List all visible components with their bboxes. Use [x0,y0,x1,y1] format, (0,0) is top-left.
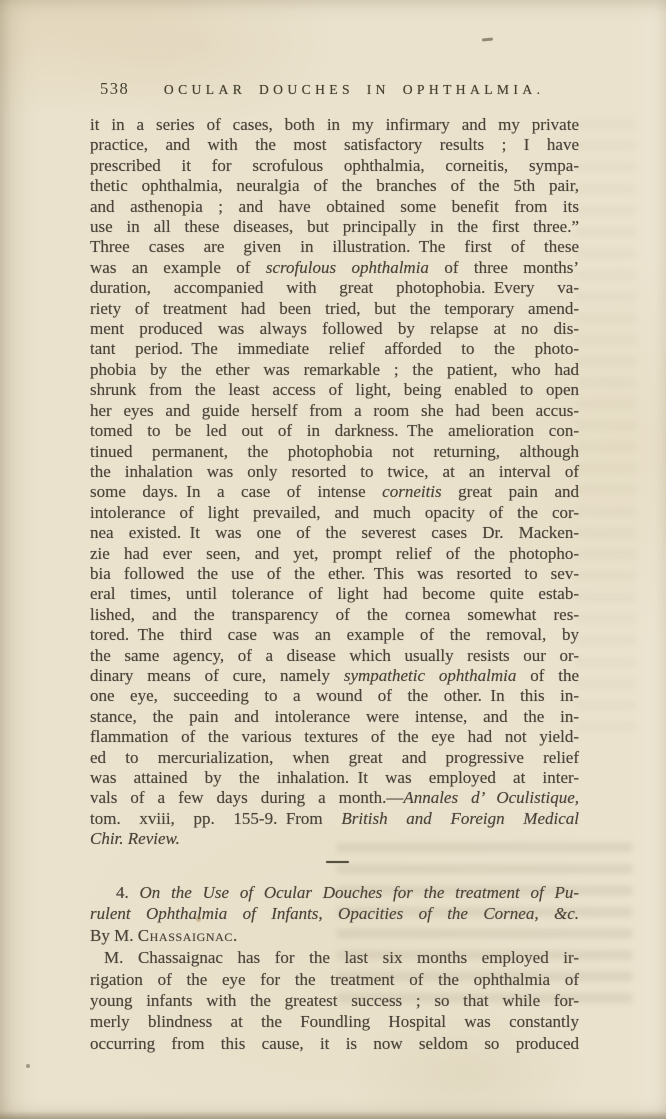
text-segment: tant period. The immediate relief afford… [90,339,579,358]
italic-text: sympathetic ophthalmia [344,666,517,685]
text-segment: dinary means of cure, namely [90,666,344,685]
text-segment: ed to mercurialization, when great and p… [90,748,579,767]
text-line: tom. xviii, pp. 155-9. From British and … [90,809,579,829]
text-segment: bia followed the use of the ether. This … [90,564,579,583]
text-line: lished, and the transparency of the corn… [90,605,579,625]
italic-text: British and Foreign Medical [341,809,579,828]
text-line: shrunk from the least access of light, b… [90,380,579,400]
italic-text: corneitis [382,482,442,501]
text-segment: and asthenopia ; and have obtained some … [90,197,579,216]
text-line: tinued permanent, the photophobia not re… [90,442,579,462]
text-line: zie had ever seen, and yet, prompt relie… [90,544,579,564]
small-caps-text: Chassaignac [138,926,233,945]
text-line: Three cases are given in illustration. T… [90,237,579,257]
text-line: rigation of the eye for the treatment of… [90,969,579,990]
text-segment: eral times, until tolerance of light had… [90,584,579,603]
text-line: By M. Chassaignac. [90,925,579,947]
text-line: stance, the pain and intolerance were in… [90,707,579,727]
text-segment: one eye, succeeding to a wound of the ot… [90,686,579,705]
italic-text: On the Use of Ocular Douches for the tre… [140,883,579,902]
text-line: vals of a few days during a month.—Annal… [90,788,579,808]
text-line: it in a series of cases, both in my infi… [90,115,579,135]
text-line: thetic ophthalmia, neuralgia of the bran… [90,176,579,196]
text-segment: Three cases are given in illustration. T… [90,237,579,256]
text-line: rulent Ophthalmia of Infants, Opacities … [90,903,579,925]
text-segment: zie had ever seen, and yet, prompt relie… [90,544,579,563]
text-line: M. Chassaignac has for the last six mont… [90,947,579,968]
text-segment: tinued permanent, the photophobia not re… [90,442,579,461]
italic-text: Chir. Review. [90,829,180,848]
text-line: was an example of scrofulous ophthalmia … [90,258,579,278]
text-segment: By M. [90,926,138,945]
text-segment: young infants with the greatest success … [90,991,579,1010]
text-block: it in a series of cases, both in my infi… [90,115,579,1054]
text-segment: stance, the pain and intolerance were in… [90,707,579,726]
text-line: Chir. Review. [90,829,579,849]
scanned-book-page: 538 OCULAR DOUCHES IN OPHTHALMIA. it in … [0,0,666,1119]
article-4-body-paragraph: M. Chassaignac has for the last six mont… [90,947,579,1053]
text-line: dinary means of cure, namely sympathetic… [90,666,579,686]
paper-speck [482,37,493,41]
text-line: eral times, until tolerance of light had… [90,584,579,604]
text-segment: great pain and [442,482,579,501]
text-line: merly blindness at the Foundling Hospita… [90,1011,579,1032]
page-number: 538 [100,79,129,99]
text-line: some days. In a case of intense corneiti… [90,482,579,502]
text-segment: tomed to be led out of in darkness. The … [90,421,579,440]
text-segment: M. Chassaignac has for the last six mont… [104,948,579,967]
text-line: practice, and with the most satisfactory… [90,135,579,155]
text-segment: use in all these diseases, but principal… [90,217,579,236]
text-line: was attained by the inhalation. It was e… [90,768,579,788]
text-segment: her eyes and guide herself from a room s… [90,401,579,420]
text-line: tomed to be led out of in darkness. The … [90,421,579,441]
text-line: 4. On the Use of Ocular Douches for the … [90,882,579,904]
text-line: intolerance of light prevailed, and much… [90,503,579,523]
text-line: ment produced was always followed by rel… [90,319,579,339]
text-line: one eye, succeeding to a wound of the ot… [90,686,579,706]
text-line: prescribed it for scrofulous ophthalmia,… [90,156,579,176]
text-segment: flammation of the various textures of th… [90,727,579,746]
text-segment: lished, and the transparency of the corn… [90,605,579,624]
text-segment: tored. The third case was an example of … [90,625,579,644]
text-line: riety of treatment had been tried, but t… [90,299,579,319]
text-line: phobia by the ether was remarkable ; the… [90,360,579,380]
text-segment: of the [516,666,579,685]
section-divider-rule [326,861,349,863]
text-segment: 4. [116,883,140,902]
text-segment: duration, accompanied with great photoph… [90,278,579,297]
text-segment: intolerance of light prevailed, and much… [90,503,579,522]
text-line: nea existed. It was one of the severest … [90,523,579,543]
text-line: the same agency, of a disease which usua… [90,646,579,666]
text-line: tant period. The immediate relief afford… [90,339,579,359]
text-line: tored. The third case was an example of … [90,625,579,645]
text-segment: of three months’ [429,258,579,277]
text-segment: practice, and with the most satisfactory… [90,135,579,154]
text-segment: was an example of [90,258,266,277]
italic-text: rulent Ophthalmia of Infants, Opacities … [90,904,579,923]
text-line: young infants with the greatest success … [90,990,579,1011]
text-segment: shrunk from the least access of light, b… [90,380,579,399]
text-line: and asthenopia ; and have obtained some … [90,197,579,217]
text-segment: tom. xviii, pp. 155-9. From [90,809,341,828]
italic-text: scrofulous ophthalmia [266,258,429,277]
ink-bleedthrough-texture [576,120,636,740]
page-bottom-edge-shadow [0,1111,666,1119]
page-header: 538 OCULAR DOUCHES IN OPHTHALMIA. [90,79,579,99]
text-segment: the same agency, of a disease which usua… [90,646,579,665]
text-line: the inhalation was only resorted to twic… [90,462,579,482]
text-segment: rigation of the eye for the treatment of… [90,970,579,989]
text-segment: the inhalation was only resorted to twic… [90,462,579,481]
text-segment: thetic ophthalmia, neuralgia of the bran… [90,176,579,195]
text-segment: vals of a few days during a month.— [90,788,403,807]
text-segment: riety of treatment had been tried, but t… [90,299,579,318]
text-segment: was attained by the inhalation. It was e… [90,768,579,787]
paper-speck [26,1064,30,1068]
text-line: use in all these diseases, but principal… [90,217,579,237]
text-segment: . [233,926,237,945]
text-line: flammation of the various textures of th… [90,727,579,747]
text-segment: it in a series of cases, both in my infi… [90,115,579,134]
text-segment: merly blindness at the Foundling Hospita… [90,1012,579,1031]
text-segment: prescribed it for scrofulous ophthalmia,… [90,156,579,175]
text-segment: nea existed. It was one of the severest … [90,523,579,542]
text-line: occurring from this cause, it is now sel… [90,1033,579,1054]
article-3-continuation-paragraph: it in a series of cases, both in my infi… [90,115,579,850]
text-segment: phobia by the ether was remarkable ; the… [90,360,579,379]
text-line: ed to mercurialization, when great and p… [90,748,579,768]
text-line: duration, accompanied with great photoph… [90,278,579,298]
text-segment: ment produced was always followed by rel… [90,319,579,338]
article-4-heading: 4. On the Use of Ocular Douches for the … [90,882,579,947]
running-title: OCULAR DOUCHES IN OPHTHALMIA. [129,82,579,98]
text-line: her eyes and guide herself from a room s… [90,401,579,421]
text-segment: some days. In a case of intense [90,482,382,501]
text-line: bia followed the use of the ether. This … [90,564,579,584]
italic-text: Annales d’ Oculistique, [403,788,579,807]
text-segment: occurring from this cause, it is now sel… [90,1034,579,1053]
